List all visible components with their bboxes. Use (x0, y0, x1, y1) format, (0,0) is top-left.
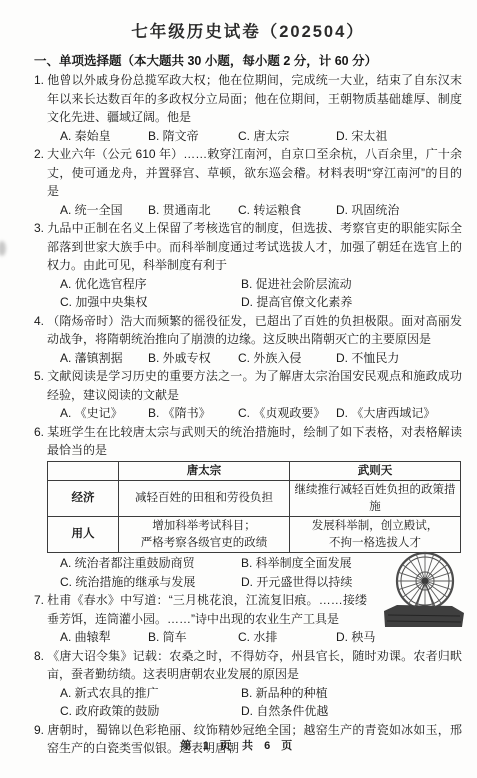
question-1: 1.他曾以外戚身份总揽军政大权；他在位期间，完成统一大业，结束了自东汉末年以来长… (34, 71, 462, 145)
question-number: 6. (34, 425, 47, 439)
option: A. 统一全国 (60, 201, 148, 220)
question-stem: 4.（隋炀帝时）浩大而频繁的徭役征发，已超出了百姓的负担极限。面对高丽发动战争，… (34, 312, 462, 349)
table-row-label: 经济 (48, 481, 119, 517)
option: D. 提高官僚文化素养 (241, 293, 462, 312)
option: A. 秦始皇 (60, 127, 148, 146)
table-cell: 继续推行减轻百姓负担的政策措施 (290, 481, 461, 517)
question-stem: 1.他曾以外戚身份总揽军政大权；他在位期间，完成统一大业，结束了自东汉末年以来长… (34, 71, 462, 127)
comparison-table: 唐太宗 武则天 经济 减轻百姓的田租和劳役负担 继续推行减轻百姓负担的政策措施 … (47, 461, 461, 554)
question-number: 8. (34, 649, 47, 663)
question-text: 《唐大诏令集》记载：农桑之时，不得妨夺，州县官长，随时劝课。农者归畎亩，蚕者勤纺… (47, 649, 462, 682)
question-text: （隋炀帝时）浩大而频繁的徭役征发，已超出了百姓的负担极限。面对高丽发动战争，将隋… (47, 314, 462, 347)
table-row: 用人 增加科举考试科目； 严格考察各级官吏的政绩 发展科举制，创立殿试， 不拘一… (48, 517, 461, 553)
question-5: 5.文献阅读是学习历史的重要方法之一。为了解唐太宗治国安民观点和施政成功经验，建… (34, 367, 462, 423)
option: D. 巩固统治 (336, 201, 462, 220)
question-number: 2. (34, 147, 47, 161)
option: B. 外戚专权 (148, 349, 238, 368)
question-text: 某班学生在比较唐太宗与武则天的统治措施时，绘制了如下表格，对表格解读最恰当的是 (47, 425, 462, 458)
question-number: 4. (34, 314, 47, 328)
question-text: 文献阅读是学习历史的重要方法之一。为了解唐太宗治国安民观点和施政成功经验，建议阅… (47, 369, 462, 402)
option: A. 《史记》 (60, 404, 148, 423)
option: C. 唐太宗 (238, 127, 336, 146)
option: A. 优化选官程序 (60, 275, 241, 294)
question-number: 3. (34, 221, 47, 235)
option: B. 《隋书》 (148, 404, 238, 423)
option: A. 曲辕犁 (60, 628, 148, 647)
question-4: 4.（隋炀帝时）浩大而频繁的徭役征发，已超出了百姓的负担极限。面对高丽发动战争，… (34, 312, 462, 368)
table-cell: 减轻百姓的田租和劳役负担 (119, 481, 290, 517)
options-grid: A. 新式农具的推广 B. 新品种的种植 C. 政府政策的鼓励 D. 自然条件优… (34, 684, 462, 721)
option: A. 新式农具的推广 (60, 684, 241, 703)
option: C. 加强中央集权 (60, 293, 241, 312)
question-number: 9. (34, 723, 47, 737)
option: C. 《贞观政要》 (238, 404, 336, 423)
page-title: 七年级历史试卷（202504） (34, 18, 462, 42)
option: C. 统治措施的继承与发展 (60, 573, 241, 592)
table-header-tang: 唐太宗 (119, 461, 290, 481)
table-cell: 发展科举制，创立殿试， 不拘一格选拔人才 (290, 517, 461, 553)
question-stem: 8.《唐大诏令集》记载：农桑之时，不得妨夺，州县官长，随时劝课。农者归畎亩，蚕者… (34, 647, 462, 684)
question-stem: 3.九品中正制在名义上保留了考核选官的制度，但选拔、考察官吏的职能实际全部落到世… (34, 219, 462, 275)
option: D. 自然条件优越 (241, 702, 462, 721)
option: C. 外族入侵 (238, 349, 336, 368)
table-row: 唐太宗 武则天 (48, 461, 461, 481)
options-row: A. 藩镇割据 B. 外戚专权 C. 外族入侵 D. 不恤民力 (34, 349, 462, 368)
table-cell (48, 461, 119, 481)
table-cell: 增加科举考试科目； 严格考察各级官吏的政绩 (119, 517, 290, 553)
option: C. 转运粮食 (238, 201, 336, 220)
option: C. 水排 (238, 628, 336, 647)
option: B. 贯通南北 (148, 201, 238, 220)
question-number: 7. (34, 593, 47, 607)
option: B. 隋文帝 (148, 127, 238, 146)
question-text: 九品中正制在名义上保留了考核选官的制度，但选拔、考察官吏的职能实际全部落到世家大… (47, 221, 462, 272)
section-heading: 一、单项选择题（本大题共 30 小题，每小题 2 分，计 60 分） (34, 51, 462, 69)
question-stem: 5.文献阅读是学习历史的重要方法之一。为了解唐太宗治国安民观点和施政成功经验，建… (34, 367, 462, 404)
question-number: 5. (34, 369, 47, 383)
table-row: 经济 减轻百姓的田租和劳役负担 继续推行减轻百姓负担的政策措施 (48, 481, 461, 517)
options-row: A. 秦始皇 B. 隋文帝 C. 唐太宗 D. 宋太祖 (34, 127, 462, 146)
question-8: 8.《唐大诏令集》记载：农桑之时，不得妨夺，州县官长，随时劝课。农者归畎亩，蚕者… (34, 647, 462, 721)
option: D. 《大唐西域记》 (336, 404, 462, 423)
question-text: 杜甫《春水》中写道：“三月桃花浪，江流复旧痕。……接缕垂芳饵，连筒灌小园。……”… (47, 593, 367, 626)
option: A. 统治者都注重鼓励商贸 (60, 554, 241, 573)
question-number: 1. (34, 73, 47, 87)
option: D. 秧马 (336, 628, 462, 647)
question-text: 大业六年（公元 610 年）……敕穿江南河，自京口至余杭，八百余里，广十余丈，使… (47, 147, 462, 198)
options-grid: A. 优化选官程序 B. 促进社会阶层流动 C. 加强中央集权 D. 提高官僚文… (34, 275, 462, 312)
page-number: 第 1 页 共 6 页 (0, 737, 477, 753)
exam-page: 七年级历史试卷（202504） 一、单项选择题（本大题共 30 小题，每小题 2… (0, 0, 477, 778)
option: C. 政府政策的鼓励 (60, 702, 241, 721)
option: B. 筒车 (148, 628, 238, 647)
options-row: A. 曲辕犁 B. 筒车 C. 水排 D. 秧马 (34, 628, 462, 647)
options-row: A. 统一全国 B. 贯通南北 C. 转运粮食 D. 巩固统治 (34, 201, 462, 220)
question-text: 他曾以外戚身份总揽军政大权；他在位期间，完成统一大业，结束了自东汉末年以来长达数… (47, 73, 462, 124)
question-stem: 6.某班学生在比较唐太宗与武则天的统治措施时，绘制了如下表格，对表格解读最恰当的… (34, 423, 462, 460)
option: A. 藩镇割据 (60, 349, 148, 368)
question-stem: 2.大业六年（公元 610 年）……敕穿江南河，自京口至余杭，八百余里，广十余丈… (34, 145, 462, 201)
option: D. 宋太祖 (336, 127, 462, 146)
question-2: 2.大业六年（公元 610 年）……敕穿江南河，自京口至余杭，八百余里，广十余丈… (34, 145, 462, 219)
waterwheel-illustration (382, 549, 466, 629)
table-header-wu: 武则天 (290, 461, 461, 481)
question-3: 3.九品中正制在名义上保留了考核选官的制度，但选拔、考察官吏的职能实际全部落到世… (34, 219, 462, 312)
option: B. 新品种的种植 (241, 684, 462, 703)
exam-content: 七年级历史试卷（202504） 一、单项选择题（本大题共 30 小题，每小题 2… (0, 0, 477, 758)
options-row: A. 《史记》 B. 《隋书》 C. 《贞观政要》 D. 《大唐西域记》 (34, 404, 462, 423)
table-row-label: 用人 (48, 517, 119, 553)
option: D. 不恤民力 (336, 349, 462, 368)
option: B. 促进社会阶层流动 (241, 275, 462, 294)
